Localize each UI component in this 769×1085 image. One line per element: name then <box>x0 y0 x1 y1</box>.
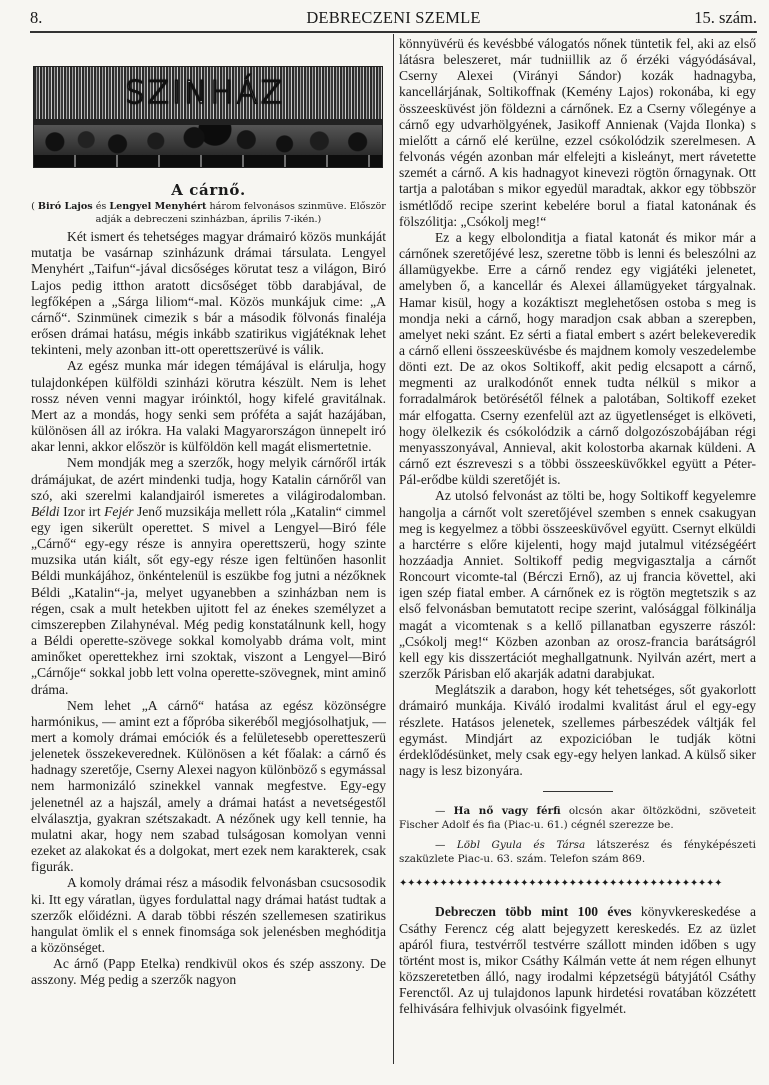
notice-dash-text: — <box>435 805 445 817</box>
paragraph: Két ismert és tehetséges magyar drámairó… <box>31 229 386 358</box>
page-header: 8. DEBRECZENI SZEMLE 15. szám. <box>30 8 757 30</box>
paragraph: Az utolsó felvonást az tölti be, hogy So… <box>399 488 756 682</box>
paragraph: Ac árnő (Papp Etelka) rendkivül okos és … <box>31 956 386 988</box>
issue-number: 15. szám. <box>694 8 757 28</box>
paragraph: könnyüvérü és kevésbbé válogatós nőnek t… <box>399 36 756 230</box>
paragraph-text: Jenő muzsikája mellett róla „Katalin“ ci… <box>31 504 386 697</box>
author-biro: Biró Lajos <box>38 201 93 212</box>
theatre-seats <box>34 155 382 167</box>
notice-fischer: — Ha nő vagy férfi olcsón akar öltözködn… <box>399 804 756 832</box>
notices: — Ha nő vagy férfi olcsón akar öltözködn… <box>399 804 756 866</box>
name-beldi: Béldi <box>31 504 60 519</box>
notice-dash-text: — <box>435 839 445 851</box>
bookshop-notice: Debreczen több mint 100 éves könyvkeresk… <box>399 904 756 1017</box>
notice-lead: Ha nő vagy férfi <box>454 805 561 817</box>
bookshop-text: könyvkereskedése a Csáthy Ferencz cég al… <box>399 904 756 1016</box>
header-rule <box>30 31 757 33</box>
notice-dash <box>399 839 435 851</box>
theatre-banner-illustration: SZINHÁZ <box>33 66 383 168</box>
article-subtitle: ( Biró Lajos és Lengyel Menyhért három f… <box>31 201 386 226</box>
column-divider <box>393 34 394 1064</box>
article-title: A cárnő. <box>31 182 386 198</box>
bookshop-lead: Debreczen több mint 100 éves <box>435 904 632 919</box>
section-rule <box>543 791 613 792</box>
paragraph-text: Izor irt <box>63 504 100 519</box>
paragraph: Az egész munka már idegen témájával is e… <box>31 358 386 455</box>
paragraph: Meglátszik a darabon, hogy két tehetsége… <box>399 682 756 779</box>
notice-dash <box>399 805 435 817</box>
notice-text: olcsón akar öltözködni, szöveteit Fische… <box>399 805 756 831</box>
paragraph: Nem lehet „A cárnő“ hatása az egész közö… <box>31 698 386 876</box>
szinhaz-sign: SZINHÁZ <box>120 75 290 111</box>
subtitle-and: és <box>93 201 110 212</box>
right-column: könnyüvérü és kevésbbé válogatós nőnek t… <box>399 36 756 1017</box>
publication-title: DEBRECZENI SZEMLE <box>30 8 757 28</box>
paragraph: Nem mondják meg a szerzők, hogy melyik c… <box>31 455 386 697</box>
author-lengyel: Lengyel Menyhért <box>109 201 206 212</box>
left-column: SZINHÁZ A cárnő. ( Biró Lajos és Lengyel… <box>31 36 386 989</box>
ornamental-separator: ✦✦✦✦✦✦✦✦✦✦✦✦✦✦✦✦✦✦✦✦✦✦✦✦✦✦✦✦✦✦✦✦✦✦✦✦✦✦✦✦ <box>399 876 756 892</box>
subtitle-paren: ( <box>31 201 38 212</box>
paragraph: A komoly drámai rész a második felvonásb… <box>31 875 386 956</box>
paragraph-text: Nem mondják meg a szerzők, hogy melyik c… <box>31 455 386 502</box>
notice-lobl: — Löbl Gyula és Társa látszerész és fény… <box>399 838 756 866</box>
notice-lead: Löbl Gyula és Társa <box>457 839 585 851</box>
paragraph: Ez a kegy elbolonditja a fiatal katonát … <box>399 230 756 489</box>
name-fejer: Fejér <box>104 504 133 519</box>
